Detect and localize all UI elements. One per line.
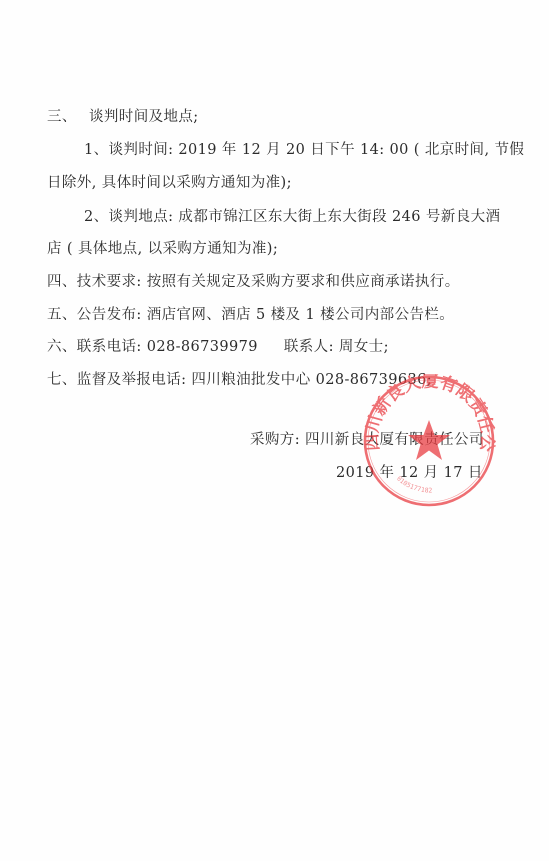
- buyer-signature: 采购方: 四川新良大厦有限责任公司: [250, 431, 484, 449]
- negotiation-location-line-2: 店 ( 具体地点, 以采购方通知为准);: [47, 240, 278, 258]
- announcement-publication: 五、公告发布: 酒店官网、酒店 5 楼及 1 楼公司内部公告栏。: [47, 306, 454, 324]
- contact-phone: 六、联系电话: 028-86739979: [47, 339, 258, 355]
- technical-requirements: 四、技术要求: 按照有关规定及采购方要求和供应商承诺执行。: [47, 273, 460, 291]
- contact-person: 联系人: 周女士;: [284, 339, 389, 355]
- document-page: 三、谈判时间及地点; 1、谈判时间: 2019 年 12 月 20 日下午 14…: [0, 0, 549, 861]
- negotiation-time-line-1: 1、谈判时间: 2019 年 12 月 20 日下午 14: 00 ( 北京时间…: [84, 141, 524, 159]
- section-title: 谈判时间及地点;: [89, 109, 199, 125]
- section-3-heading: 三、谈判时间及地点;: [47, 108, 199, 126]
- contact-info: 六、联系电话: 028-86739979联系人: 周女士;: [47, 338, 389, 356]
- section-number: 三、: [47, 108, 89, 126]
- signature-date: 2019 年 12 月 17 日: [336, 464, 483, 482]
- negotiation-time-line-2: 日除外, 具体时间以采购方通知为准);: [47, 174, 292, 192]
- negotiation-location-line-1: 2、谈判地点: 成都市锦江区东大街上东大街段 246 号新良大酒: [84, 208, 500, 226]
- supervision-phone: 七、监督及举报电话: 四川粮油批发中心 028-86739636;: [47, 371, 432, 389]
